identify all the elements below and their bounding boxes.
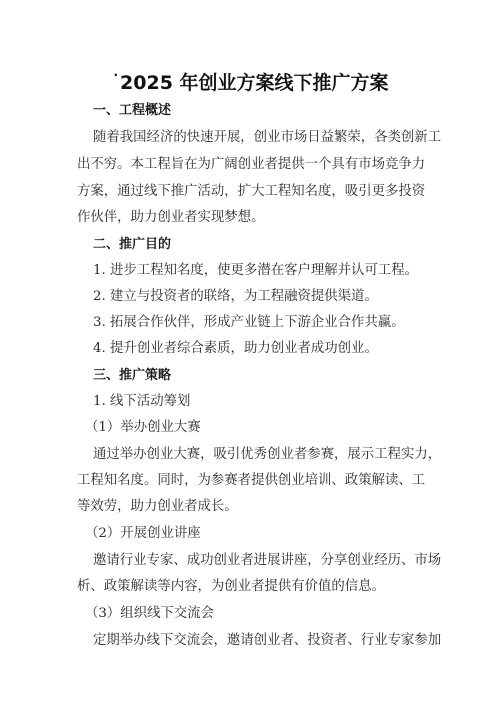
paragraph-line: 析、政策解读等内容，为创业者提供有价值的信息。 (77, 578, 425, 596)
section-heading: 二、推广目的 (77, 236, 441, 254)
subsection-label: （2）开展创业讲座 (77, 525, 433, 543)
title-text: 2025 年创业方案线下推广方案 (120, 72, 389, 94)
paragraph-line: 出不穷。本工程旨在为广阔创业者提供一个具有市场竞争力的创业 (77, 156, 425, 174)
list-item: 1. 进步工程知名度，使更多潜在客户理解并认可工程。 (77, 262, 441, 280)
paragraph-line: 定期举办线下交流会，邀请创业者、投资者、行业专家参加，为 (77, 632, 441, 650)
subsection-label: （3）组织线下交流会 (77, 605, 433, 623)
paragraph-line: 工程知名度。同时，为参赛者提供创业培训、政策解读、工程对接 (77, 472, 425, 490)
paragraph-line: 邀请行业专家、成功创业者进展讲座，分享创业经历、市场分 (77, 552, 441, 570)
list-item: 2. 建立与投资者的联络，为工程融资提供渠道。 (77, 288, 441, 306)
list-item: 3. 拓展合作伙伴，形成产业链上下游企业合作共赢。 (77, 314, 441, 332)
subsection-label: （1）举办创业大赛 (77, 419, 433, 437)
section-heading: 一、工程概述 (77, 102, 441, 120)
paragraph-line: 方案，通过线下推广活动，扩大工程知名度，吸引更多投资者和合 (77, 183, 425, 201)
subheading: 1. 线下活动筹划 (77, 393, 441, 411)
paragraph-line: 随着我国经济的快速开展，创业市场日益繁荣，各类创新工程层 (77, 129, 441, 147)
paragraph-line: 通过举办创业大赛，吸引优秀创业者参赛，展示工程实力，提升 (77, 446, 441, 464)
list-item: 4. 提升创业者综合素质，助力创业者成功创业。 (77, 340, 441, 358)
document-title: ·2025 年创业方案线下推广方案 (77, 68, 425, 95)
title-prefix: · (113, 68, 118, 82)
paragraph-line: 作伙伴，助力创业者实现梦想。 (77, 209, 425, 227)
section-heading: 三、推广策略 (77, 367, 441, 385)
paragraph-line: 等效劳，助力创业者成长。 (77, 498, 425, 516)
